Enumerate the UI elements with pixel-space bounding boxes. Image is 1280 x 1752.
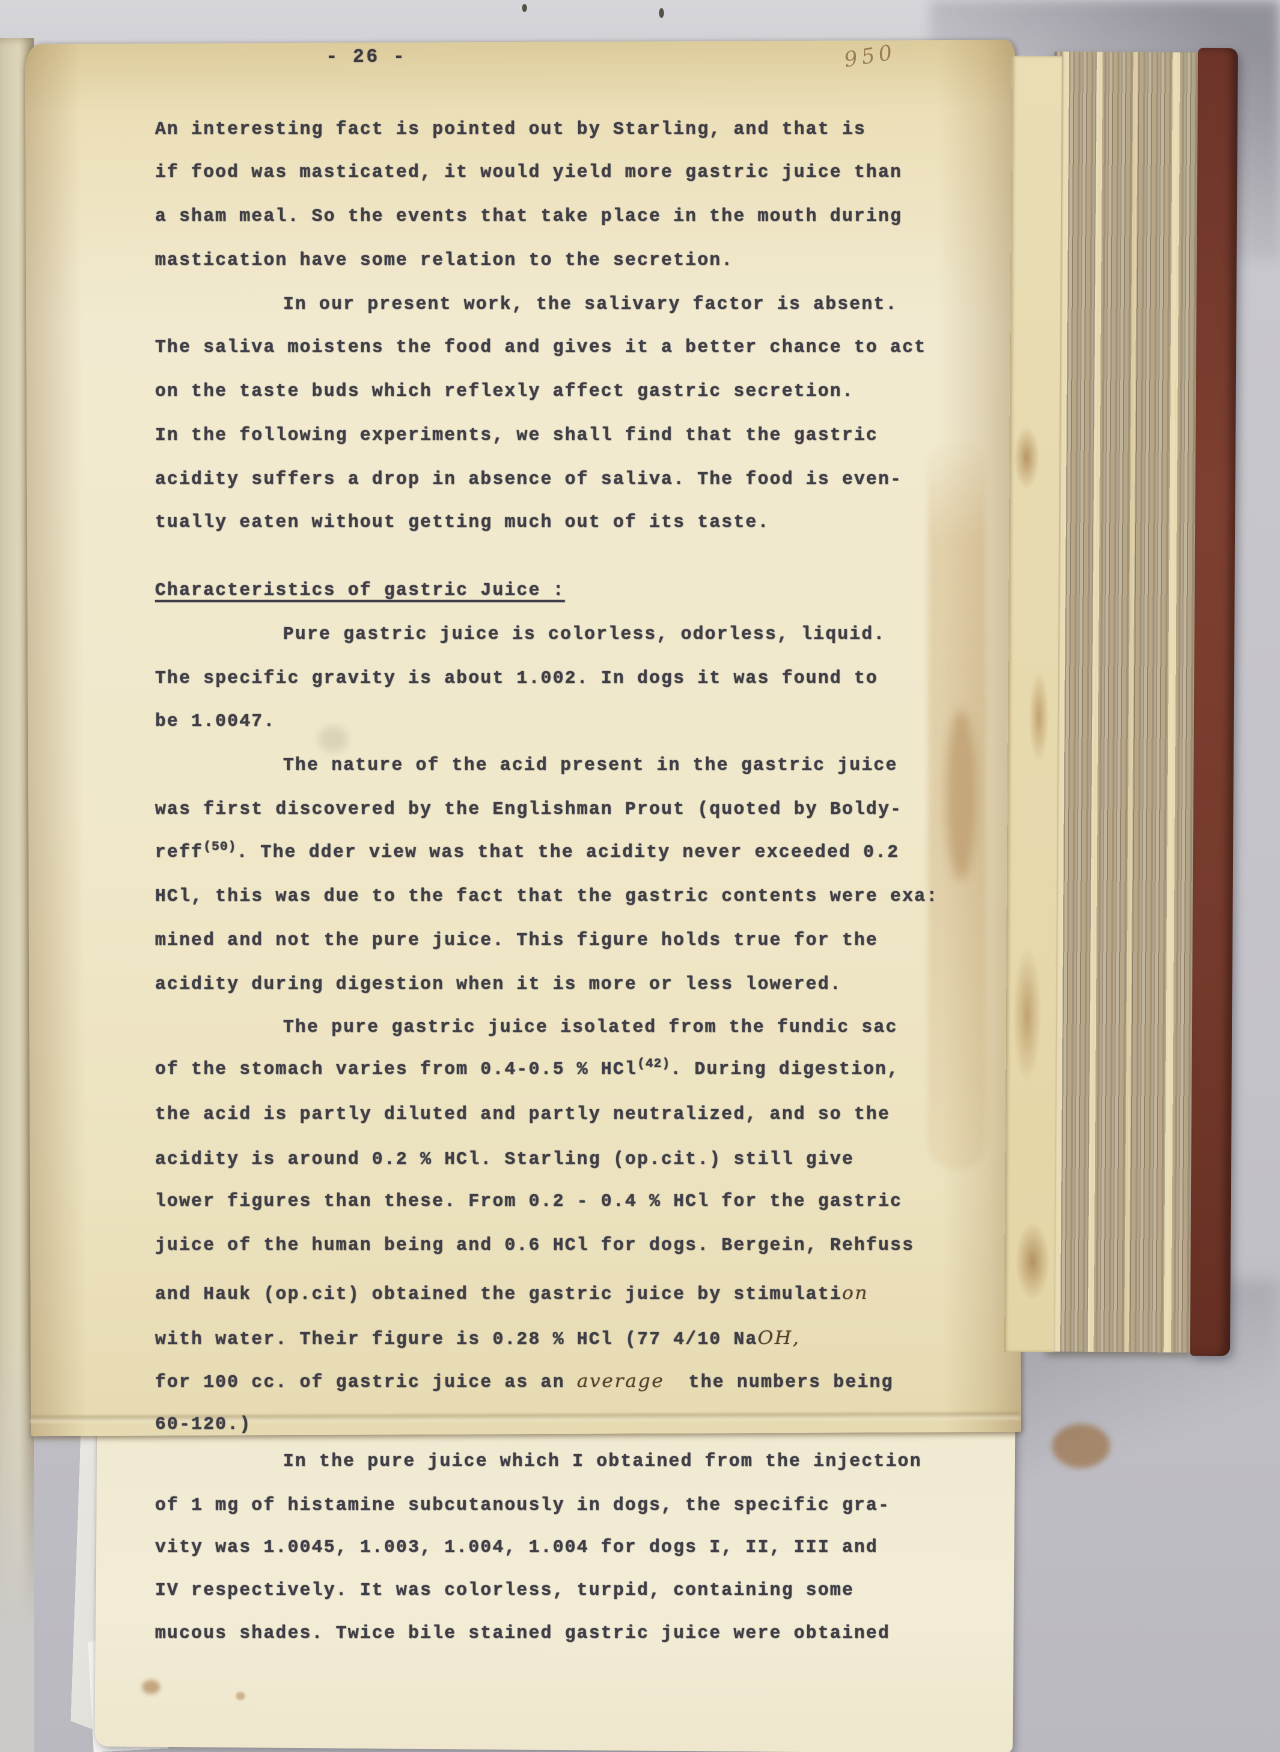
typed-text: the acid is partly diluted and partly ne… bbox=[155, 1105, 890, 1125]
typed-text: vity was 1.0045, 1.003, 1.004, 1.004 for… bbox=[155, 1538, 878, 1558]
typed-text: of the stomach varies from 0.4-0.5 % HCl bbox=[155, 1060, 637, 1080]
typed-text: The saliva moistens the food and gives i… bbox=[155, 338, 926, 358]
typed-line: with water. Their figure is 0.28 % HCl (… bbox=[155, 1327, 800, 1350]
handwritten-text: average bbox=[577, 1370, 665, 1392]
typed-text: . During digestion, bbox=[670, 1060, 899, 1080]
stain bbox=[318, 726, 348, 752]
stain bbox=[946, 710, 976, 880]
typed-text: The pure gastric juice isolated from the… bbox=[283, 1018, 898, 1038]
typed-line: acidity during digestion when it is more… bbox=[155, 975, 842, 995]
typed-line: mined and not the pure juice. This figur… bbox=[155, 931, 878, 951]
reference-superscript: (50) bbox=[203, 839, 236, 854]
typed-line: vity was 1.0045, 1.003, 1.004, 1.004 for… bbox=[155, 1538, 878, 1558]
stained-page-edge bbox=[1004, 56, 1062, 1352]
typed-line: In the following experiments, we shall f… bbox=[155, 426, 878, 446]
typed-line: acidity suffers a drop in absence of sal… bbox=[155, 470, 902, 490]
typed-text: Pure gastric juice is colorless, odorles… bbox=[283, 625, 886, 645]
section-heading: Characteristics of gastric Juice : bbox=[155, 581, 565, 601]
typed-line: The saliva moistens the food and gives i… bbox=[155, 338, 926, 358]
typed-line: of the stomach varies from 0.4-0.5 % HCl… bbox=[155, 1060, 899, 1080]
typed-text: acidity suffers a drop in absence of sal… bbox=[155, 470, 902, 490]
typed-text: The specific gravity is about 1.002. In … bbox=[155, 669, 878, 689]
typed-text: acidity is around 0.2 % HCl. Starling (o… bbox=[155, 1150, 854, 1170]
typed-text: Characteristics of gastric Juice : bbox=[155, 581, 565, 601]
stain bbox=[236, 1692, 245, 1700]
typed-text: . The dder view was that the acidity nev… bbox=[236, 843, 899, 863]
typed-text: juice of the human being and 0.6 HCl for… bbox=[155, 1236, 914, 1256]
page-number: - 26 - bbox=[326, 46, 406, 68]
typed-line: of 1 mg of histamine subcutanously in do… bbox=[155, 1496, 890, 1516]
typed-text: HCl, this was due to the fact that the g… bbox=[155, 887, 938, 907]
typed-line: Pure gastric juice is colorless, odorles… bbox=[283, 625, 886, 645]
book-cover bbox=[1190, 48, 1238, 1356]
typed-line: mastication have some relation to the se… bbox=[155, 251, 733, 271]
typed-text: 60-120.) bbox=[155, 1415, 251, 1435]
typed-text: In our present work, the salivary factor… bbox=[283, 295, 898, 315]
typed-text: acidity during digestion when it is more… bbox=[155, 975, 842, 995]
typed-text: with water. Their figure is 0.28 % HCl (… bbox=[155, 1330, 758, 1350]
typed-line: for 100 cc. of gastric juice as an avera… bbox=[155, 1370, 893, 1393]
typed-line: The specific gravity is about 1.002. In … bbox=[155, 669, 878, 689]
typed-text: In the following experiments, we shall f… bbox=[155, 426, 878, 446]
typed-line: The pure gastric juice isolated from the… bbox=[283, 1018, 898, 1038]
typed-line: juice of the human being and 0.6 HCl for… bbox=[155, 1236, 914, 1256]
typed-line: mucous shades. Twice bile stained gastri… bbox=[155, 1624, 890, 1644]
typed-line: HCl, this was due to the fact that the g… bbox=[155, 887, 938, 907]
typed-line: In the pure juice which I obtained from … bbox=[283, 1452, 922, 1472]
typed-line: a sham meal. So the events that take pla… bbox=[155, 207, 902, 227]
typed-text: tually eaten without getting much out of… bbox=[155, 513, 770, 533]
typed-line: acidity is around 0.2 % HCl. Starling (o… bbox=[155, 1150, 854, 1170]
typed-text: IV respectively. It was colorless, turpi… bbox=[155, 1581, 854, 1601]
book-fore-edge bbox=[1045, 52, 1200, 1353]
typed-text: if food was masticated, it would yield m… bbox=[155, 163, 902, 183]
typed-line: if food was masticated, it would yield m… bbox=[155, 163, 902, 183]
typed-line: the acid is partly diluted and partly ne… bbox=[155, 1105, 890, 1125]
typed-text: be 1.0047. bbox=[155, 712, 276, 732]
typed-text: of 1 mg of histamine subcutanously in do… bbox=[155, 1496, 890, 1516]
stain bbox=[1052, 1424, 1110, 1468]
dust-speck bbox=[522, 4, 527, 12]
typed-text: lower figures than these. From 0.2 - 0.4… bbox=[155, 1192, 902, 1212]
typed-line: be 1.0047. bbox=[155, 712, 276, 732]
typed-text: mined and not the pure juice. This figur… bbox=[155, 931, 878, 951]
typed-line: tually eaten without getting much out of… bbox=[155, 513, 770, 533]
typed-text: reff bbox=[155, 843, 203, 863]
stain bbox=[142, 1680, 160, 1694]
typed-text: the numbers being bbox=[664, 1373, 893, 1393]
manuscript-page bbox=[25, 40, 1021, 1436]
typed-line: on the taste buds which reflexly affect … bbox=[155, 382, 854, 402]
typed-text: a sham meal. So the events that take pla… bbox=[155, 207, 902, 227]
typed-text: and Hauk (op.cit) obtained the gastric j… bbox=[155, 1285, 842, 1305]
typed-line: reff(50). The dder view was that the aci… bbox=[155, 843, 899, 863]
typed-text: was first discovered by the Englishman P… bbox=[155, 800, 902, 820]
typed-line: 60-120.) bbox=[155, 1415, 251, 1435]
typed-line: IV respectively. It was colorless, turpi… bbox=[155, 1581, 854, 1601]
typed-text: An interesting fact is pointed out by St… bbox=[155, 120, 866, 140]
typed-line: In our present work, the salivary factor… bbox=[283, 295, 898, 315]
reference-superscript: (42) bbox=[637, 1056, 670, 1071]
dust-speck bbox=[659, 8, 664, 18]
typed-text: on the taste buds which reflexly affect … bbox=[155, 382, 854, 402]
typed-text: The nature of the acid present in the ga… bbox=[283, 756, 898, 776]
typed-text: for 100 cc. of gastric juice as an bbox=[155, 1373, 577, 1393]
typed-line: The nature of the acid present in the ga… bbox=[283, 756, 898, 776]
book-photo-scene: - 26 - 950 An interesting fact is pointe… bbox=[0, 0, 1280, 1752]
typed-line: An interesting fact is pointed out by St… bbox=[155, 120, 866, 140]
typed-line: and Hauk (op.cit) obtained the gastric j… bbox=[155, 1282, 869, 1305]
handwritten-text: on bbox=[842, 1282, 869, 1304]
typed-line: was first discovered by the Englishman P… bbox=[155, 800, 902, 820]
typed-line: lower figures than these. From 0.2 - 0.4… bbox=[155, 1192, 902, 1212]
handwritten-text: OH, bbox=[758, 1327, 801, 1349]
typed-text: In the pure juice which I obtained from … bbox=[283, 1452, 922, 1472]
typed-text: mucous shades. Twice bile stained gastri… bbox=[155, 1624, 890, 1644]
typed-text: mastication have some relation to the se… bbox=[155, 251, 733, 271]
